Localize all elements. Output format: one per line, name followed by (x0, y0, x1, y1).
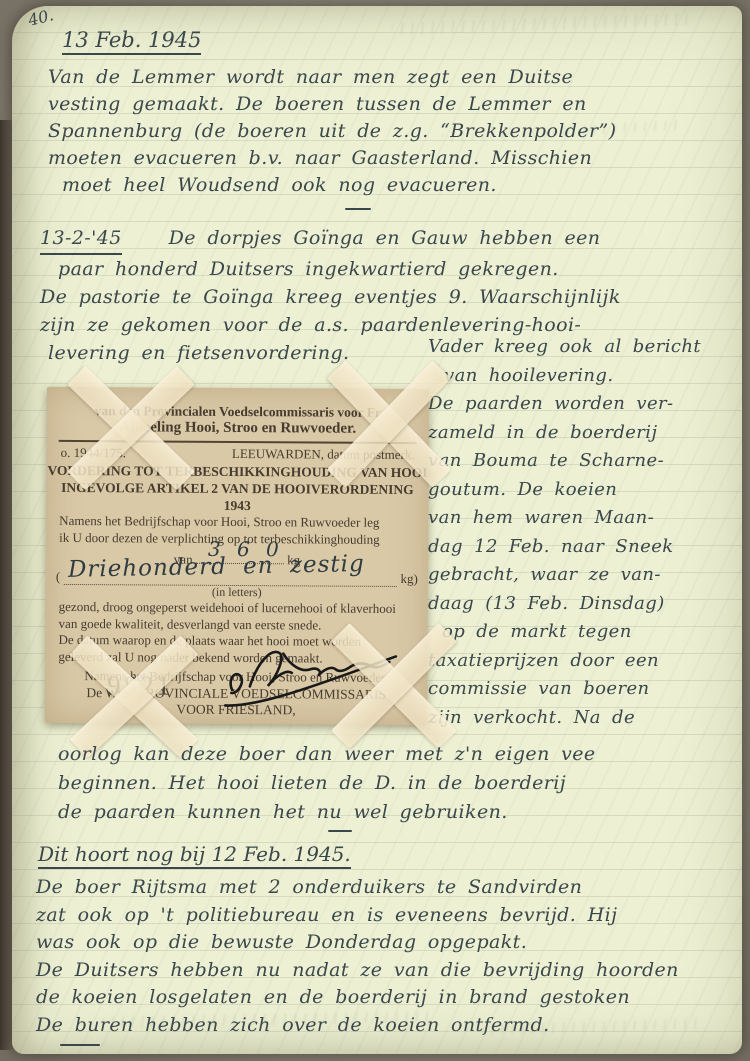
bleed-through-mark (392, 13, 692, 35)
handwritten-line: De pastorie te Goïnga kreeg eventjes 9. … (40, 283, 621, 311)
handwritten-line: commissie van boeren (428, 675, 701, 704)
entry1-paragraph: Van de Lemmer wordt naar men zegt een Du… (48, 64, 616, 199)
handwritten-line: De dorpjes Goïnga en Gauw hebben een (169, 227, 601, 249)
handwritten-line: taxatieprijzen door een (428, 647, 701, 676)
entry2-date-label: 13-2-'45 (40, 224, 122, 255)
place-and-date: LEEUWARDEN, datum postmerk. (232, 446, 415, 463)
handwritten-line: zat ook op 't politiebureau en is evenee… (36, 902, 679, 930)
amount-in-letters-field: Driehonderd en zestig (64, 569, 396, 587)
handwritten-line: de paarden kunnen het nu wel gebruiken. (58, 798, 596, 827)
attachment-body-line: Namens het Bedrijfschap voor Hooi, Stroo… (59, 513, 415, 532)
entry1-date-heading: 13 Feb. 1945 (62, 28, 201, 55)
handwritten-line: goutum. De koeien (428, 476, 701, 505)
scanned-diary-page: { "colors":{ "background":"#8b8579", "pa… (0, 0, 750, 1061)
entry1-date-text: 13 Feb. 1945 (62, 28, 201, 55)
entry3-date-text: Dit hoort nog bij 12 Feb. 1945. (38, 842, 351, 869)
handwritten-line: was ook op die bewuste Donderdag opgepak… (36, 929, 679, 957)
closing-dash (60, 1044, 100, 1046)
handwritten-line: dag 12 Feb. naar Sneek (428, 533, 701, 562)
section-separator-dash (345, 208, 371, 210)
handwritten-line: gebracht, waar ze van- (428, 561, 701, 590)
handwritten-line: van hooilevering. (428, 362, 701, 391)
notebook-page: 40. 13 Feb. 1945 Van de Lemmer wordt naa… (12, 6, 742, 1054)
handwritten-line: De boer Rijtsma met 2 onderduikers te Sa… (36, 874, 679, 902)
handwritten-line: paar honderd Duitsers ingekwartierd gekr… (40, 255, 621, 283)
handwritten-line: Van de Lemmer wordt naar men zegt een Du… (48, 64, 616, 91)
kg-close-label: kg) (400, 571, 417, 587)
amount-in-letters-handwritten: Driehonderd en zestig (68, 551, 365, 583)
handwritten-line: De buren hebben zich over de koeien ontf… (36, 1012, 679, 1040)
handwritten-line: beginnen. Het hooi lieten de D. in de bo… (58, 769, 596, 798)
handwritten-line: vesting gemaakt. De boeren tussen de Lem… (48, 91, 616, 118)
attachment-title-line2: INGEVOLGE ARTIKEL 2 VAN DE HOOIVERORDENI… (46, 479, 428, 515)
handwritten-line: oorlog kan deze boer dan weer met z'n ei… (58, 740, 596, 769)
handwritten-line: Vader kreeg ook al bericht (428, 333, 701, 362)
paren-open: ( (56, 569, 60, 585)
handwritten-line: De Duitsers hebben nu nadat ze van die b… (36, 957, 679, 985)
handwritten-line: Spannenburg (de boeren uit de z.g. “Brek… (48, 118, 616, 145)
handwritten-line: de koeien losgelaten en de boerderij in … (36, 984, 679, 1012)
handwritten-line: moeten evacueren b.v. naar Gaasterland. … (48, 145, 616, 172)
entry2-paragraph-right: Vader kreeg ook al bericht van hooilever… (428, 333, 701, 732)
section-separator-dash (328, 830, 352, 832)
handwritten-line: daag (13 Feb. Dinsdag) (428, 590, 701, 619)
handwritten-line: De paarden worden ver- (428, 390, 701, 419)
entry3-date-heading: Dit hoort nog bij 12 Feb. 1945. (38, 842, 351, 869)
handwritten-line: van Bouma te Scharne- (428, 447, 701, 476)
handwritten-line: zameld in de boerderij (428, 419, 701, 448)
handwritten-line: moet heel Woudsend ook nog evacueren. (48, 172, 616, 199)
entry2-paragraph-below: oorlog kan deze boer dan weer met z'n ei… (58, 740, 596, 827)
handwritten-line: zijn verkocht. Na de (428, 704, 701, 733)
attachment-body-line: gezond, droog ongeperst weidehooi of luc… (59, 599, 415, 618)
page-number: 40. (26, 5, 55, 30)
handwritten-line: van hem waren Maan- (428, 504, 701, 533)
entry3-paragraph: De boer Rijtsma met 2 onderduikers te Sa… (36, 874, 679, 1039)
handwritten-line: op de markt tegen (428, 618, 701, 647)
